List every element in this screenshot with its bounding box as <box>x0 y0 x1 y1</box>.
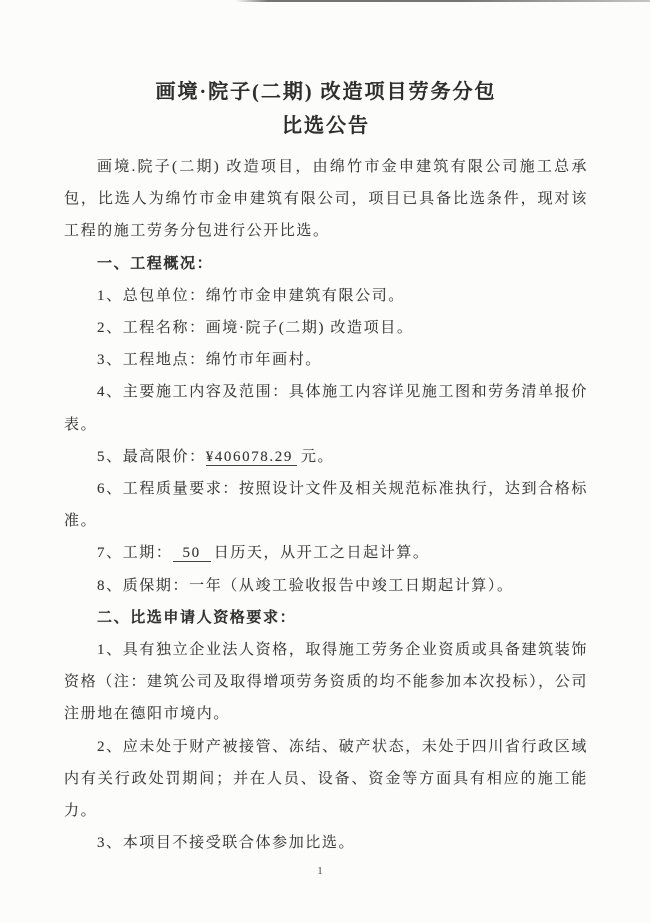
s2-item-status: 2、应未处于财产被接管、冻结、破产状态，未处于四川省行政区域内有关行政处罚期间；… <box>64 731 588 828</box>
s1-item-project-name: 2、工程名称：画境·院子(二期) 改造项目。 <box>64 312 588 344</box>
section-2-heading: 二、比选申请人资格要求： <box>64 602 588 634</box>
doc-title-line-2: 比选公告 <box>64 109 588 143</box>
s1-item-warranty: 8、质保期：一年（从竣工验收报告中竣工日期起计算）。 <box>64 570 588 602</box>
s1-item-contractor: 1、总包单位：绵竹市金申建筑有限公司。 <box>64 280 588 312</box>
document-body: 画境.院子(二期) 改造项目，由绵竹市金申建筑有限公司施工总承包，比选人为绵竹市… <box>64 151 588 859</box>
page-number: 1 <box>0 865 640 877</box>
section-1-heading: 一、工程概况： <box>64 248 588 280</box>
duration-days-value: 50 <box>173 545 211 562</box>
document-title: 画境·院子(二期) 改造项目劳务分包 比选公告 <box>64 75 588 143</box>
document-page: 画境·院子(二期) 改造项目劳务分包 比选公告 画境.院子(二期) 改造项目，由… <box>0 0 650 923</box>
s1-item-quality: 6、工程质量要求：按照设计文件及相关规范标准执行，达到合格标准。 <box>64 473 588 537</box>
duration-label: 7、工期： <box>97 545 173 561</box>
s1-item-scope: 4、主要施工内容及范围：具体施工内容详见施工图和劳务清单报价表。 <box>64 376 588 440</box>
scan-artifact-line <box>235 0 650 2</box>
doc-title-line-1: 画境·院子(二期) 改造项目劳务分包 <box>64 75 588 109</box>
intro-paragraph: 画境.院子(二期) 改造项目，由绵竹市金申建筑有限公司施工总承包，比选人为绵竹市… <box>64 151 588 248</box>
s1-item-location: 3、工程地点：绵竹市年画村。 <box>64 344 588 376</box>
s1-item-duration: 7、工期：50日历天，从开工之日起计算。 <box>64 537 588 569</box>
max-price-value: ¥406078.29 <box>206 449 297 466</box>
max-price-label: 5、最高限价： <box>97 449 206 465</box>
duration-suffix: 日历天，从开工之日起计算。 <box>214 545 430 561</box>
s2-item-qualification: 1、具有独立企业法人资格，取得施工劳务企业资质或具备建筑装饰资格（注：建筑公司及… <box>64 634 588 731</box>
max-price-unit: 元。 <box>301 449 334 465</box>
s1-item-max-price: 5、最高限价：¥406078.29元。 <box>64 441 588 473</box>
s2-item-consortium: 3、本项目不接受联合体参加比选。 <box>64 827 588 859</box>
